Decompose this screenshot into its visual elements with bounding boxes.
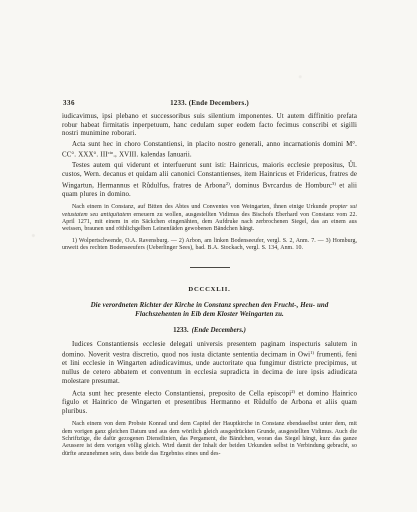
running-head: 336 1233. (Ende Decembers.) — [62, 99, 357, 108]
acta-text: Acta sunt hec in choro Constantiensi, in… — [62, 141, 357, 159]
charter-841-acta-paragraph: Acta sunt hec in choro Constantiensi, in… — [62, 141, 357, 161]
footnotes-text: 1) Wolpertschwende, O.A. Ravensburg. — 2… — [62, 238, 357, 251]
charter-842-date-note: (Ende Decembers.) — [192, 327, 246, 334]
charter-841-footnotes: 1) Wolpertschwende, O.A. Ravensburg. — 2… — [62, 238, 357, 253]
charter-842-number: DCCCXLII. — [62, 286, 357, 293]
witnesses-text-2: , dominus Bvrcardus de Homburc — [230, 182, 332, 189]
charter-841-closing-paragraph: iudicavimus, ipsi plebano et successorib… — [62, 113, 357, 139]
charter-841-editorial-note: Nach einem in Constanz, auf Bitten des A… — [62, 204, 357, 233]
text-column: 336 1233. (Ende Decembers.) iudicavimus,… — [62, 99, 357, 458]
charter-842-editorial-note: Nach einem von dem Probste Konrad und de… — [62, 421, 357, 457]
note-text: Nach einem in Constanz, auf Bitten des A… — [72, 204, 330, 210]
charter-841-witnesses-paragraph: Testes autem qui viderunt et interfuerun… — [62, 162, 357, 199]
acta-text: Acta sunt hec presente electo Constantie… — [72, 391, 291, 398]
note-text: Nach einem von dem Probste Konrad und de… — [62, 421, 357, 456]
charter-842-title: Die verordneten Richter der Kirche in Co… — [79, 302, 341, 320]
charter-842-acta-paragraph: Acta sunt hec presente electo Constantie… — [62, 388, 357, 416]
charter-842-date-line: 1233.(Ende Decembers.) — [62, 327, 357, 334]
closing-text: iudicavimus, ipsi plebano et successorib… — [62, 113, 357, 137]
acta-text-end: ., XVIII. kalendas Ianuarii. — [113, 152, 191, 159]
scanned-book-page: 336 1233. (Ende Decembers.) iudicavimus,… — [0, 0, 417, 512]
charter-842-body-paragraph: Iudices Constantiensis ecclesie delegati… — [62, 341, 357, 386]
charter-842-year: 1233. — [173, 327, 189, 334]
section-divider-rule — [190, 267, 230, 268]
running-title: 1233. (Ende Decembers.) — [62, 99, 357, 107]
